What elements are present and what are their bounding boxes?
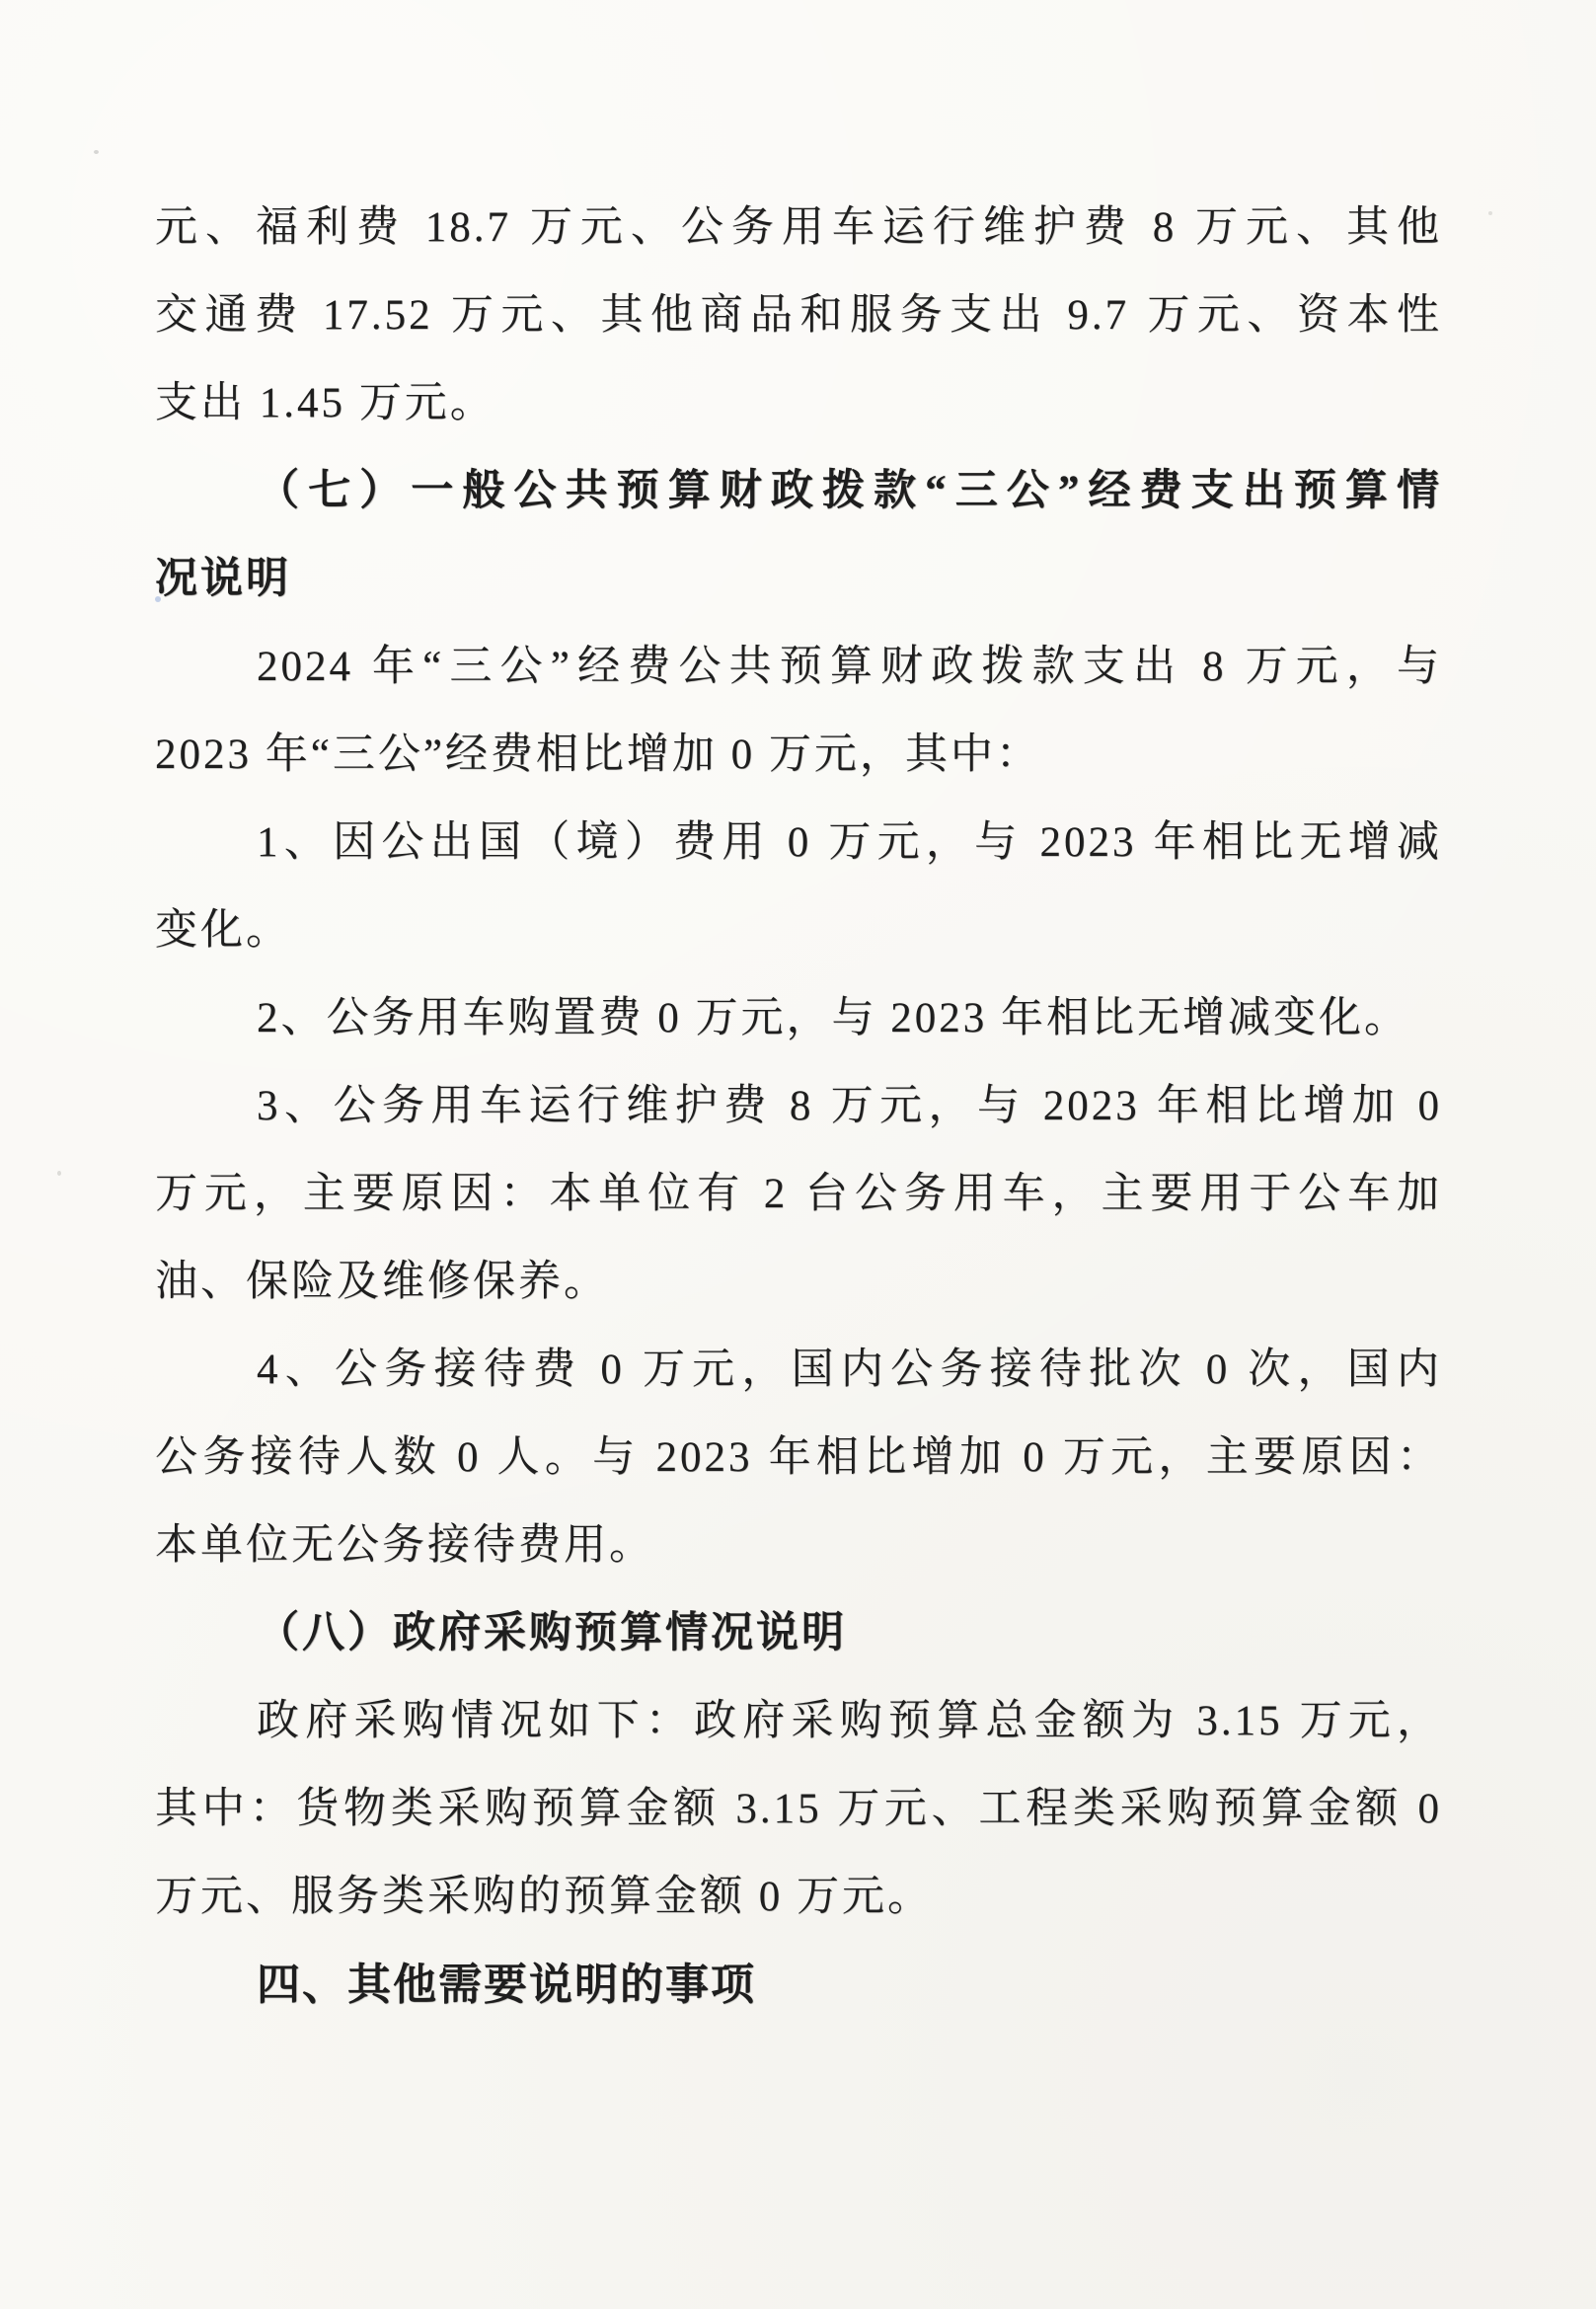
text-line: 2、公务用车购置费 0 万元，与 2023 年相比无增减变化。: [155, 974, 1442, 1062]
text-line: （七）一般公共预算财政拨款“三公”经费支出预算情: [155, 447, 1442, 535]
heading-section-7: （七）一般公共预算财政拨款“三公”经费支出预算情 况说明: [155, 447, 1442, 623]
text-line: 本单位无公务接待费用。: [155, 1501, 1442, 1589]
text-line: 油、保险及维修保养。: [155, 1238, 1442, 1326]
paragraph-item-3-vehicle-maintenance: 3、公务用车运行维护费 8 万元，与 2023 年相比增加 0 万元，主要原因：…: [155, 1062, 1442, 1326]
text-line: （八）政府采购预算情况说明: [155, 1589, 1442, 1677]
paragraph-three-public-total: 2024 年“三公”经费公共预算财政拨款支出 8 万元，与 2023 年“三公”…: [155, 623, 1442, 799]
text-line: 1、因公出国（境）费用 0 万元，与 2023 年相比无增减: [155, 799, 1442, 886]
paragraph-item-1-abroad: 1、因公出国（境）费用 0 万元，与 2023 年相比无增减 变化。: [155, 799, 1442, 974]
text-line: 3、公务用车运行维护费 8 万元，与 2023 年相比增加 0: [155, 1062, 1442, 1150]
text-line: 交通费 17.52 万元、其他商品和服务支出 9.7 万元、资本性: [155, 271, 1442, 359]
text-line: 公务接待人数 0 人。与 2023 年相比增加 0 万元，主要原因：: [155, 1414, 1442, 1501]
paragraph-expenditure-breakdown: 元、福利费 18.7 万元、公务用车运行维护费 8 万元、其他 交通费 17.5…: [155, 184, 1442, 447]
text-line: 万元、服务类采购的预算金额 0 万元。: [155, 1853, 1442, 1941]
text-line: 政府采购情况如下：政府采购预算总金额为 3.15 万元，: [155, 1677, 1442, 1765]
text-line: 万元，主要原因：本单位有 2 台公务用车，主要用于公车加: [155, 1150, 1442, 1238]
heading-section-8: （八）政府采购预算情况说明: [155, 1589, 1442, 1677]
text-line: 支出 1.45 万元。: [155, 359, 1442, 447]
document-page: 元、福利费 18.7 万元、公务用车运行维护费 8 万元、其他 交通费 17.5…: [0, 0, 1596, 2309]
document-body: 元、福利费 18.7 万元、公务用车运行维护费 8 万元、其他 交通费 17.5…: [155, 184, 1442, 2029]
paragraph-government-procurement: 政府采购情况如下：政府采购预算总金额为 3.15 万元， 其中：货物类采购预算金…: [155, 1677, 1442, 1941]
paragraph-item-2-vehicle-purchase: 2、公务用车购置费 0 万元，与 2023 年相比无增减变化。: [155, 974, 1442, 1062]
text-line: 四、其他需要说明的事项: [155, 1941, 1442, 2029]
text-line: 其中：货物类采购预算金额 3.15 万元、工程类采购预算金额 0: [155, 1765, 1442, 1853]
text-line: 况说明: [155, 535, 1442, 623]
text-line: 2023 年“三公”经费相比增加 0 万元，其中：: [155, 711, 1442, 799]
text-line: 元、福利费 18.7 万元、公务用车运行维护费 8 万元、其他: [155, 184, 1442, 271]
heading-section-4-other-matters: 四、其他需要说明的事项: [155, 1941, 1442, 2029]
scan-speck: [94, 150, 99, 154]
scan-speck: [57, 1171, 61, 1176]
text-line: 变化。: [155, 886, 1442, 974]
scan-speck: [1488, 211, 1492, 215]
text-line: 2024 年“三公”经费公共预算财政拨款支出 8 万元，与: [155, 623, 1442, 711]
paragraph-item-4-official-reception: 4、公务接待费 0 万元，国内公务接待批次 0 次，国内 公务接待人数 0 人。…: [155, 1326, 1442, 1589]
text-line: 4、公务接待费 0 万元，国内公务接待批次 0 次，国内: [155, 1326, 1442, 1414]
